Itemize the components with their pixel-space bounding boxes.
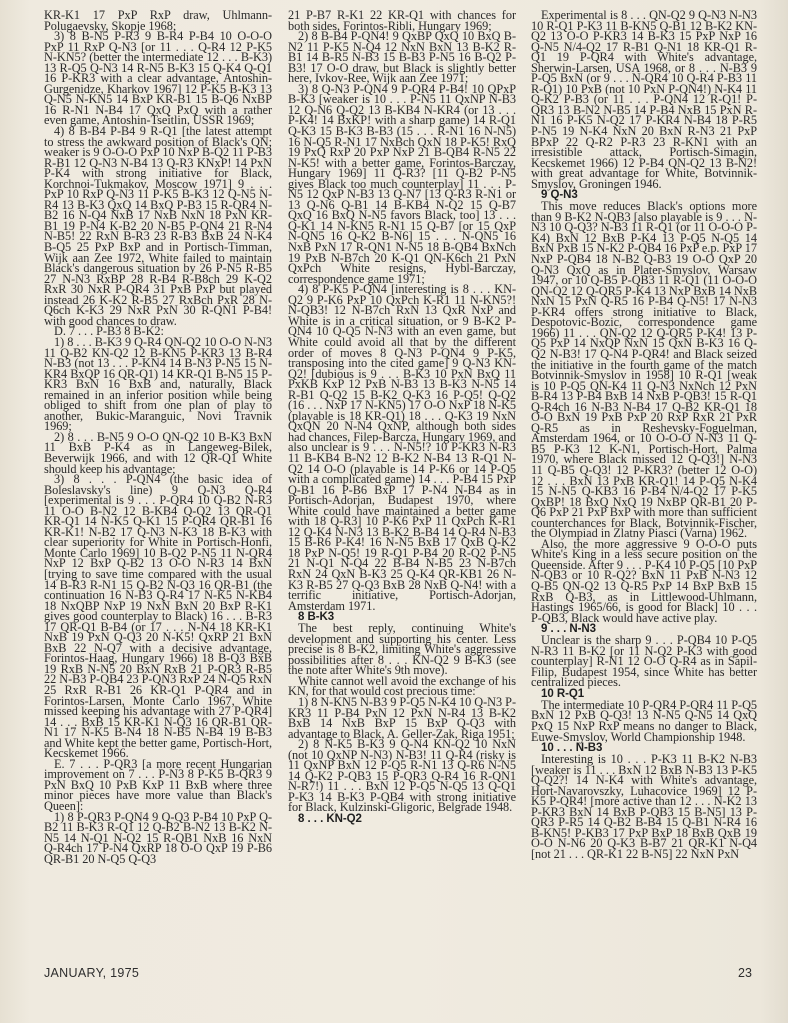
paragraph: 2) 8 B-B4 P-QN4! 9 QxBP QxQ 10 BxQ B-N2 … [288, 31, 516, 84]
paragraph: The best reply, continuing White's devel… [288, 623, 516, 676]
paragraph: 3) 8 Q-N3 P-QN4 9 P-QR4 P-B4! 10 QPxP B-… [288, 84, 516, 284]
text-column-right: Experimental is 8 . . . QN-Q2 9 Q-N3 N-N… [531, 10, 757, 860]
paragraph: KR-K1 17 PxP RxP draw, Uhlmann-Polugaevs… [44, 10, 272, 31]
text-column-left: KR-K1 17 PxP RxP draw, Uhlmann-Polugaevs… [44, 10, 272, 864]
paragraph: White cannot well avoid the exchange of … [288, 676, 516, 697]
paragraph: Interesting is 10 . . . P-K3 11 B-K2 N-B… [531, 754, 757, 859]
paragraph: The intermediate 10 P-QR4 P-QR4 11 P-Q5 … [531, 700, 757, 742]
paragraph: Experimental is 8 . . . QN-Q2 9 Q-N3 N-N… [531, 10, 757, 189]
paragraph: 2) 8 . . . B-N5 9 O-O QN-Q2 10 B-K3 BxN … [44, 432, 272, 474]
paragraph: 1) 8 . . . B-K3 9 Q-R4 QN-Q2 10 O-O N-N3… [44, 337, 272, 432]
paragraph: 2) 8 N-K5 B-K3 9 Q-N4 KN-Q2 10 NxN (not … [288, 739, 516, 813]
page-number: 23 [738, 966, 752, 980]
paragraph: This move reduces Black's options more t… [531, 201, 757, 539]
paragraph: Unclear is the sharp 9 . . . P-QB4 10 P-… [531, 635, 757, 688]
paragraph: 1) 8 P-QR3 P-QN4 9 Q-Q3 P-B4 10 PxP Q-B2… [44, 812, 272, 865]
move-heading: 8 . . . KN-Q2 [288, 814, 516, 825]
paragraph: 3) 8 . . . P-QN4 (the basic idea of Bole… [44, 474, 272, 759]
paragraph: 3) 8 B-N5 P-R3 9 B-R4 P-B4 10 O-O-O PxP … [44, 31, 272, 126]
paragraph: 4) 8 P-K5 P-QN4 [interesting is 8 . . . … [288, 284, 516, 611]
footer-date: JANUARY, 1975 [44, 966, 139, 980]
paragraph: 4) 8 B-B4 P-B4 9 R-Q1 [the latest attemp… [44, 126, 272, 326]
paragraph: Also, the more aggressive 9 O-O-O puts W… [531, 539, 757, 623]
paragraph: 1) 8 N-KN5 N-B3 9 P-Q5 N-K4 10 Q-N3 P-KR… [288, 697, 516, 739]
paragraph: 21 P-B7 R-K1 22 KR-Q1 with chances for b… [288, 10, 516, 31]
paragraph: E. 7 . . . P-QR3 [a more recent Hungaria… [44, 759, 272, 812]
magazine-page: KR-K1 17 PxP RxP draw, Uhlmann-Polugaevs… [0, 0, 788, 1023]
text-column-middle: 21 P-B7 R-K1 22 KR-Q1 with chances for b… [288, 10, 516, 825]
